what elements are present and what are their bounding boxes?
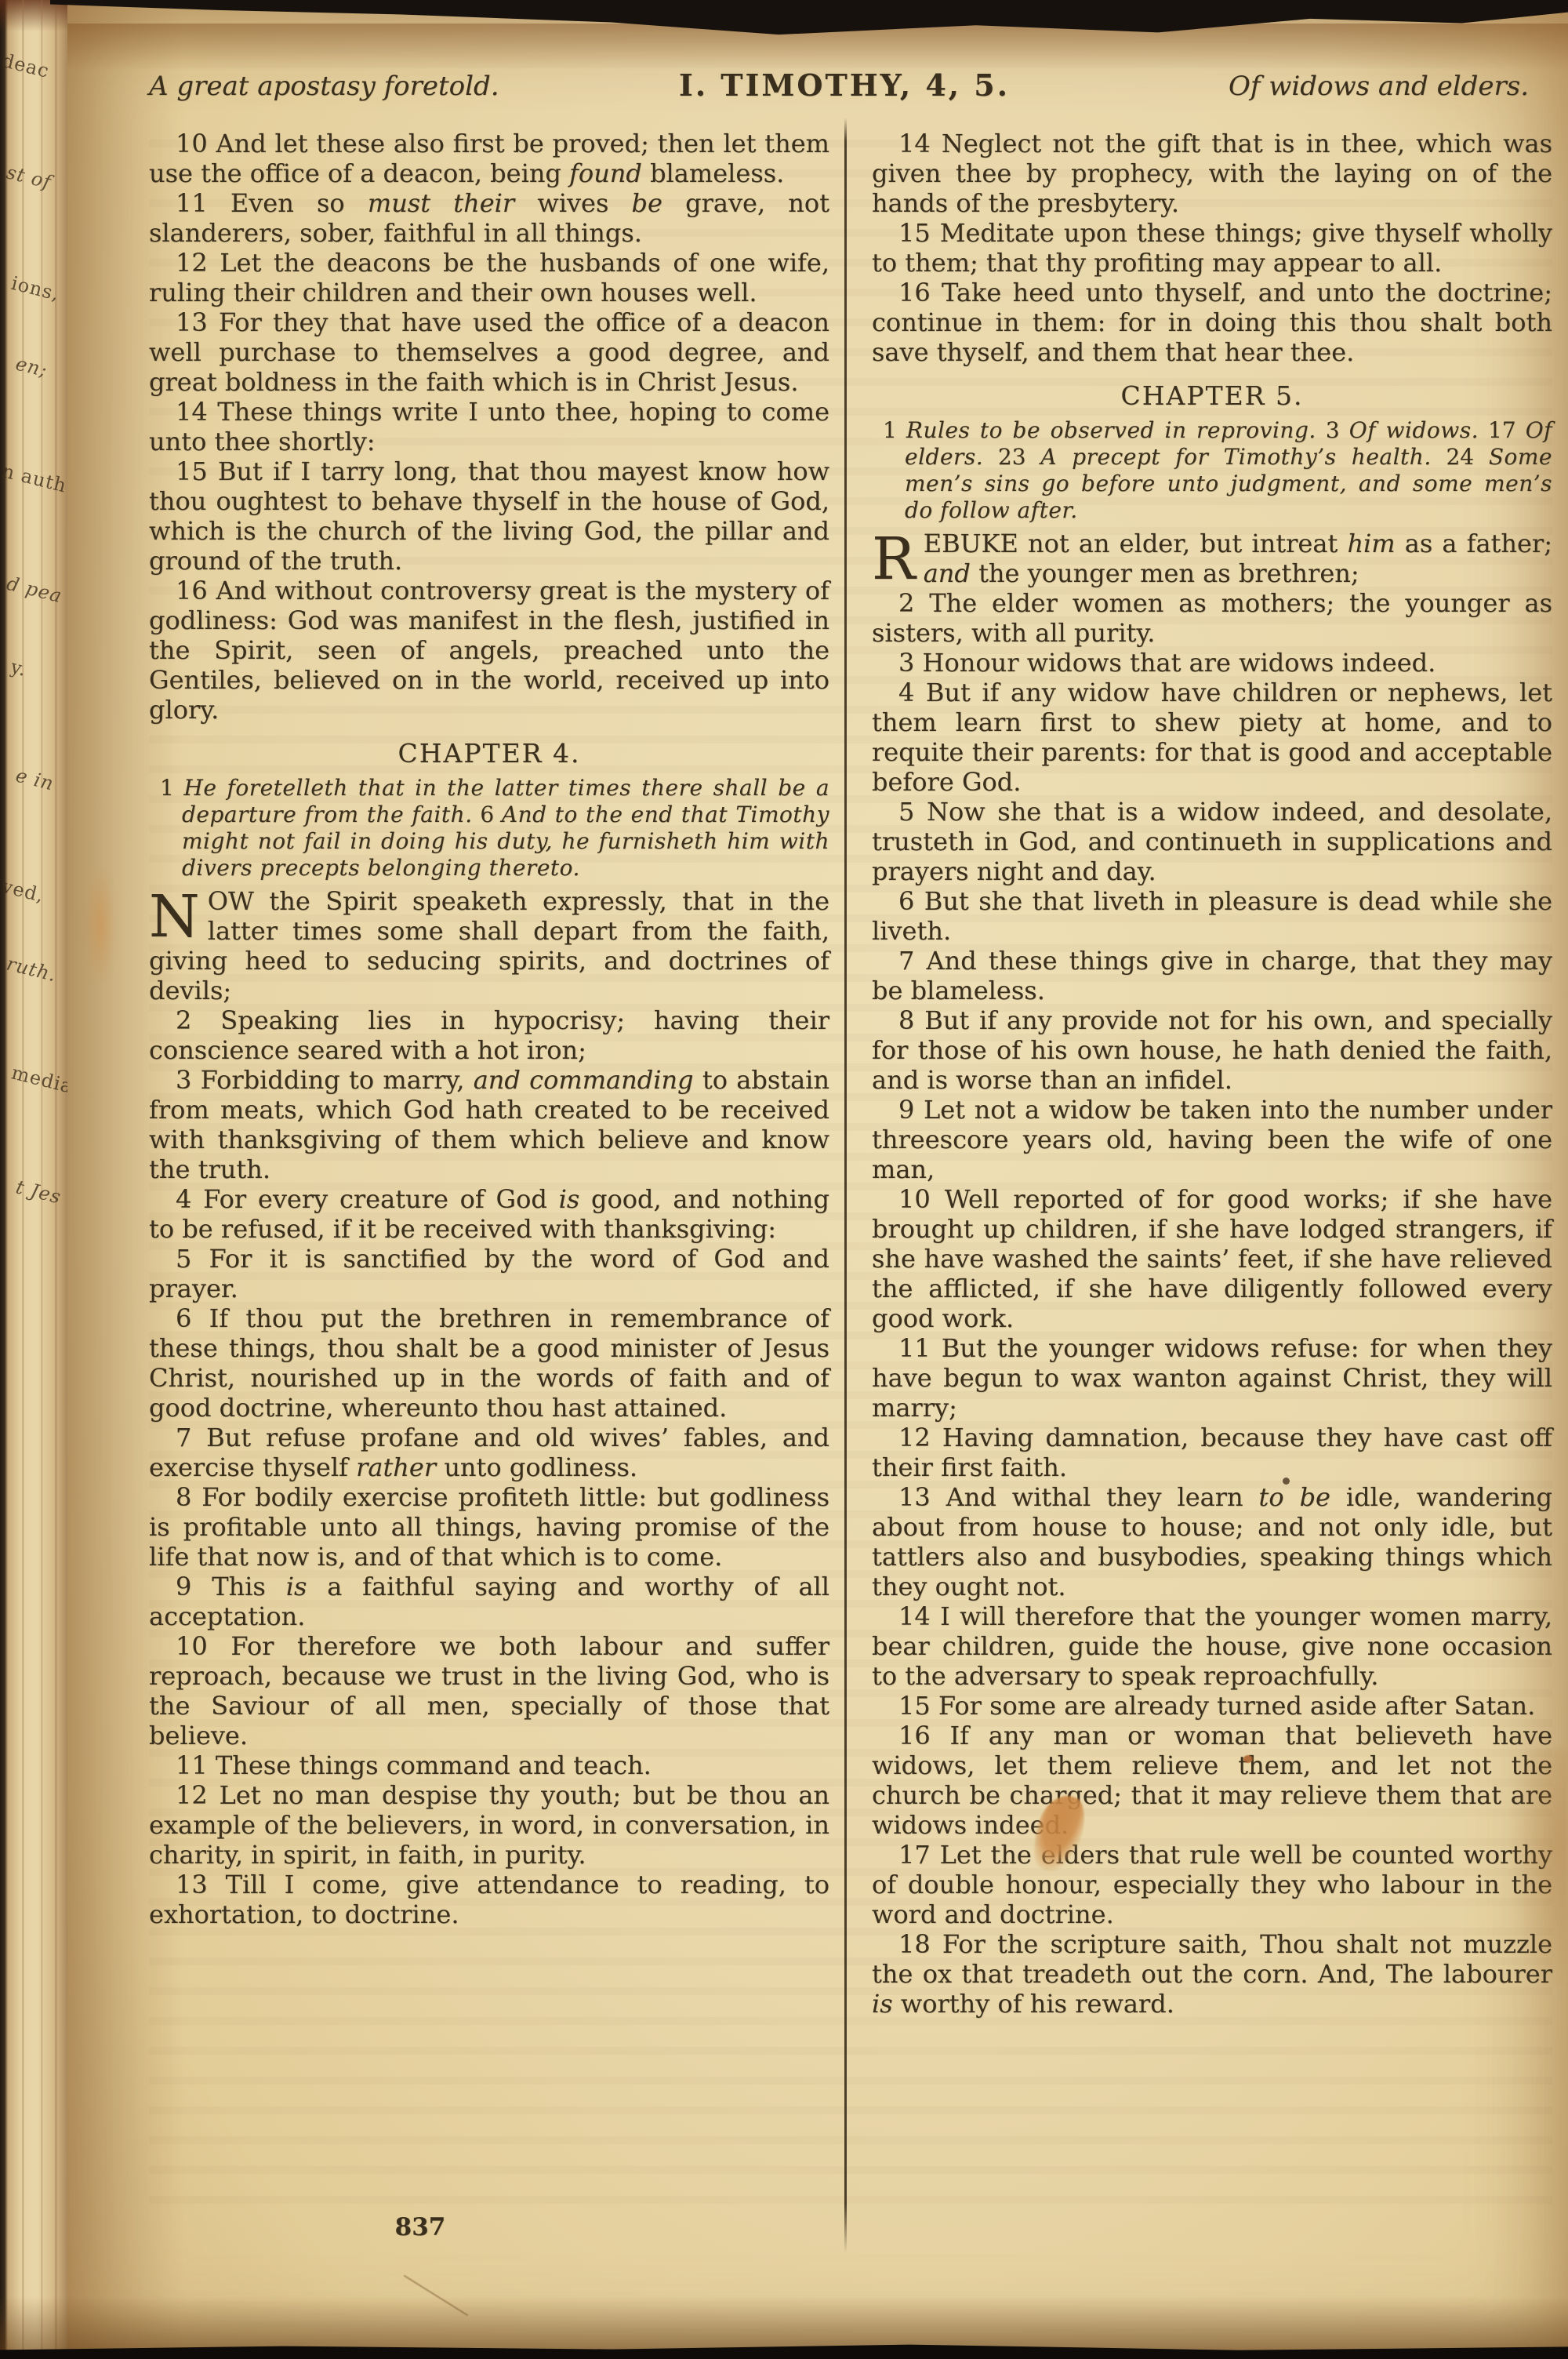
- verse: 18 For the scripture saith, Thou shalt n…: [872, 1929, 1552, 2019]
- small-stain-dot: [1243, 1755, 1253, 1763]
- gutter-text-fragment: d pea: [5, 572, 65, 608]
- column-left: 10 And let these also first be proved; t…: [149, 129, 829, 2019]
- verse: 11 Even so must their wives be grave, no…: [149, 188, 829, 248]
- gutter-text-fragment: y.: [9, 656, 29, 681]
- gutter-text-fragment: e in: [13, 764, 56, 794]
- verse: 5 For it is sanctified by the word of Go…: [149, 1244, 829, 1303]
- ink-speck: [1283, 1478, 1290, 1485]
- gutter-text-fragment: n auth: [0, 460, 67, 496]
- gutter-text-fragment: st of: [4, 161, 53, 193]
- gutter-text-fragment: deac: [0, 49, 52, 82]
- verse: 16 And without controversy great is the …: [149, 576, 829, 725]
- gutter-text-fragment: t Jes: [13, 1176, 63, 1208]
- running-head-right: Of widows and elders.: [1229, 71, 1529, 102]
- column-right: 14 Neglect not the gift that is in thee,…: [872, 129, 1552, 2019]
- verse: 16 If any man or woman that believeth ha…: [872, 1721, 1552, 1840]
- verse: 7 But refuse profane and old wives’ fabl…: [149, 1423, 829, 1482]
- gutter-text-fragment: ved,: [0, 875, 46, 907]
- verse: 6 If thou put the brethren in remembranc…: [149, 1303, 829, 1423]
- gutter-text-fragment: en;: [13, 352, 49, 381]
- gutter-text-fragment: ruth.: [5, 953, 60, 987]
- verse: 14 These things write I unto thee, hopin…: [149, 397, 829, 456]
- verse: 10 And let these also first be proved; t…: [149, 129, 829, 188]
- gutter-text-fragment: mediat: [9, 1062, 67, 1100]
- bottom-edge-browning: [0, 2296, 1568, 2351]
- verse: 2 Speaking lies in hypocrisy; having the…: [149, 1005, 829, 1065]
- drop-cap: N: [149, 886, 208, 943]
- verse: 5 Now she that is a widow indeed, and de…: [872, 797, 1552, 886]
- chapter-summary: 1 He foretelleth that in the latter time…: [149, 775, 829, 881]
- verse: 13 For they that have used the office of…: [149, 307, 829, 397]
- verse: 8 For bodily exercise profiteth little: …: [149, 1482, 829, 1572]
- verse: 9 Let not a widow be taken into the numb…: [872, 1095, 1552, 1184]
- verse: REBUKE not an elder, but intreat him as …: [872, 529, 1552, 588]
- verse: 17 Let the elders that rule well be coun…: [872, 1840, 1552, 1929]
- verse: 8 But if any provide not for his own, an…: [872, 1005, 1552, 1095]
- verse: 14 I will therefore that the younger wom…: [872, 1601, 1552, 1691]
- verse: 2 The elder women as mothers; the younge…: [872, 588, 1552, 648]
- verse: 6 But she that liveth in pleasure is dea…: [872, 886, 1552, 946]
- bible-page-photo: deacst ofions,en;n authd peay.e inved,ru…: [0, 0, 1568, 2359]
- verse: 4 For every creature of God is good, and…: [149, 1184, 829, 1244]
- book-gutter-page-edges: deacst ofions,en;n authd peay.e inved,ru…: [0, 0, 67, 2359]
- page-number: 837: [149, 2213, 691, 2241]
- right-edge-stain: [1513, 1749, 1568, 1984]
- verse: 7 And these things give in charge, that …: [872, 946, 1552, 1005]
- text-columns: 10 And let these also first be proved; t…: [149, 129, 1552, 2019]
- verse: 9 This is a faithful saying and worthy o…: [149, 1572, 829, 1631]
- verse: 12 Let no man despise thy youth; but be …: [149, 1780, 829, 1870]
- verse: 10 Well reported of for good works; if s…: [872, 1184, 1552, 1333]
- verse: 12 Let the deacons be the husbands of on…: [149, 248, 829, 307]
- verse: 15 Meditate upon these things; give thys…: [872, 218, 1552, 278]
- margin-smudge: [86, 871, 114, 980]
- verse: 15 For some are already turned aside aft…: [872, 1691, 1552, 1721]
- verse: NOW the Spirit speaketh expressly, that …: [149, 886, 829, 1005]
- chapter-summary: 1 Rules to be observed in reproving. 3 O…: [872, 417, 1552, 524]
- running-head: A great apostasy foretold. I. TIMOTHY, 4…: [149, 71, 1540, 107]
- verse: 13 Till I come, give attendance to readi…: [149, 1870, 829, 1929]
- chapter-heading: CHAPTER 4.: [149, 739, 829, 769]
- verse: 10 For therefore we both labour and suff…: [149, 1631, 829, 1750]
- verse: 15 But if I tarry long, that thou mayest…: [149, 456, 829, 576]
- verse: 3 Honour widows that are widows indeed.: [872, 648, 1552, 678]
- chapter-heading: CHAPTER 5.: [872, 381, 1552, 411]
- verse: 12 Having damnation, because they have c…: [872, 1423, 1552, 1482]
- verse: 16 Take heed unto thyself, and unto the …: [872, 278, 1552, 367]
- verse: 11 These things command and teach.: [149, 1750, 829, 1780]
- gutter-text-fragment: ions,: [9, 272, 62, 305]
- drop-cap: R: [872, 529, 924, 585]
- verse: 13 And withal they learn to be idle, wan…: [872, 1482, 1552, 1601]
- verse: 14 Neglect not the gift that is in thee,…: [872, 129, 1552, 218]
- verse: 4 But if any widow have children or neph…: [872, 678, 1552, 797]
- verse: 11 But the younger widows refuse: for wh…: [872, 1333, 1552, 1423]
- verse: 3 Forbidding to marry, and commanding to…: [149, 1065, 829, 1184]
